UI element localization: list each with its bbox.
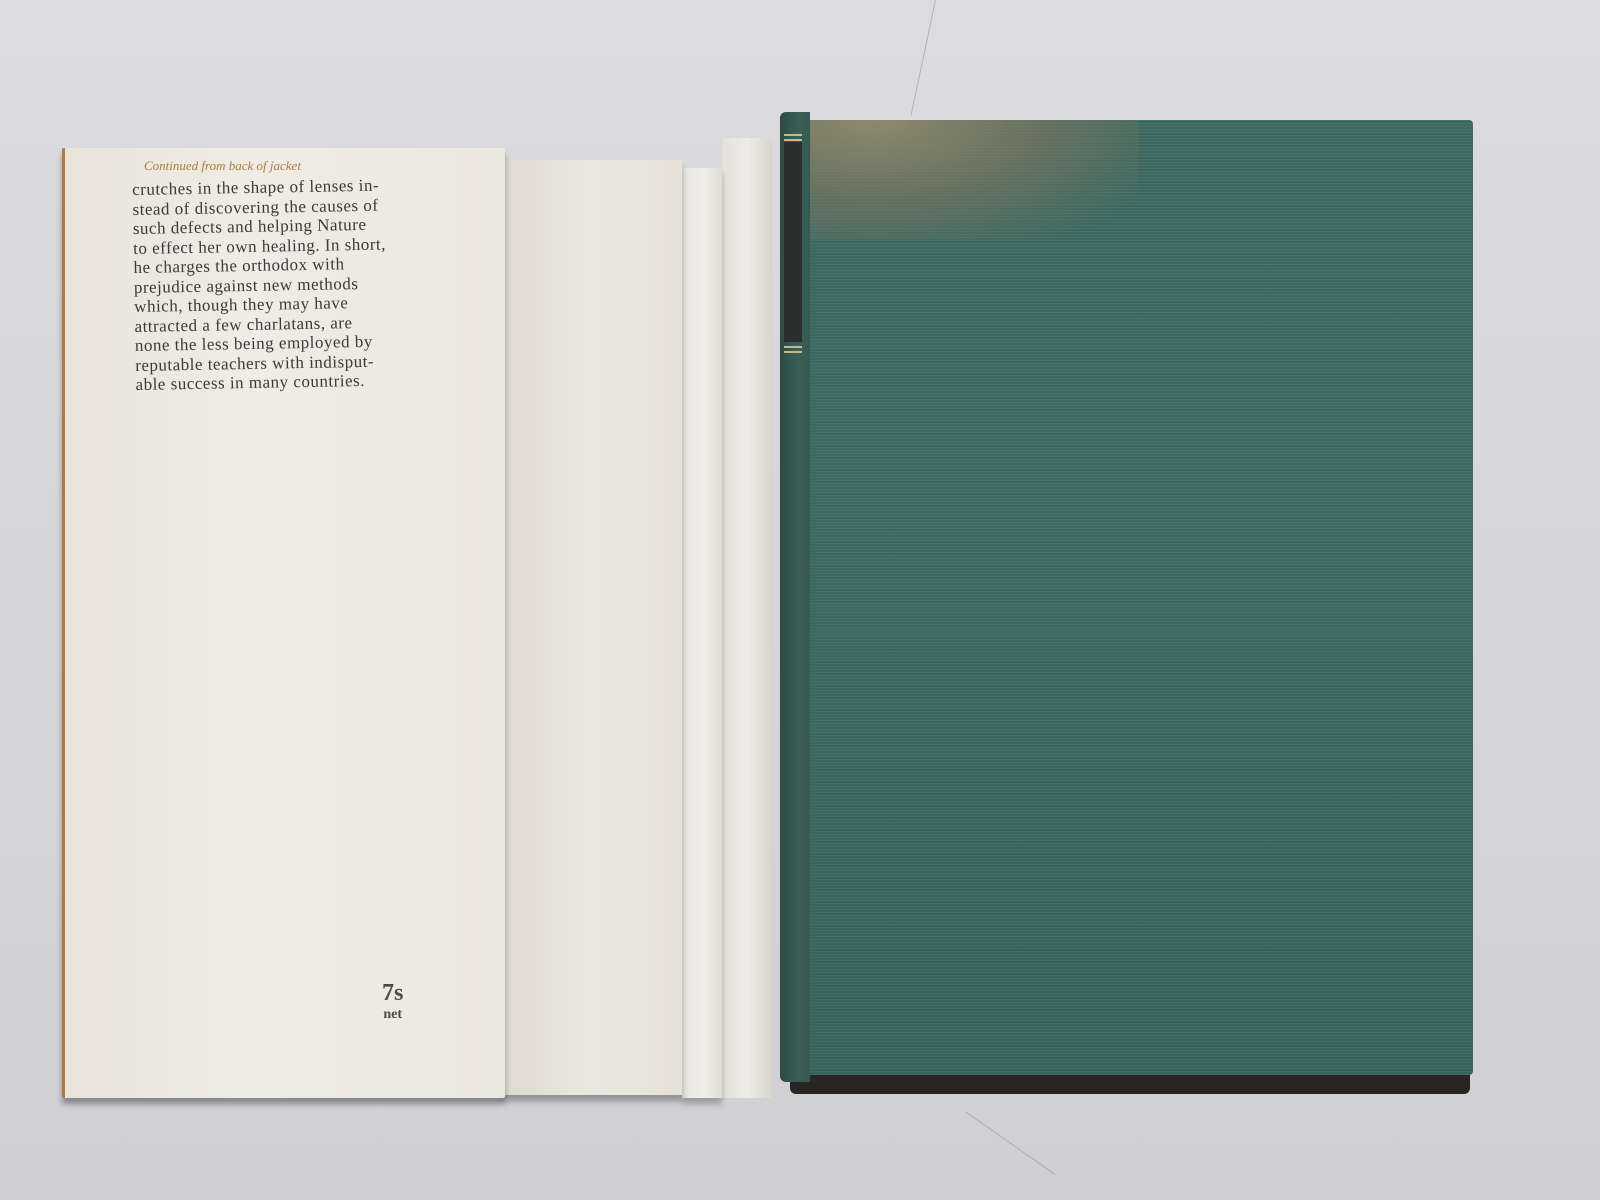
gilt-rule: [784, 346, 802, 348]
jacket-spine-fold: [682, 168, 722, 1098]
jacket-inner-panel: [502, 160, 682, 1095]
sun-fade-mark: [808, 120, 1138, 240]
spine-title-label: [784, 142, 802, 342]
hardback-book: [780, 112, 1480, 1102]
floor-crack: [965, 1111, 1056, 1175]
book-cover: [808, 120, 1473, 1075]
gilt-rule: [784, 351, 802, 353]
gilt-rule: [784, 139, 802, 141]
dust-jacket: Continued from back of jacket crutches i…: [62, 128, 742, 1103]
jacket-fold: [722, 138, 772, 1098]
flap-header: Continued from back of jacket: [144, 158, 504, 174]
book-spine: [780, 112, 810, 1082]
price-note: net: [382, 1007, 403, 1023]
flap-text-block: Continued from back of jacket crutches i…: [132, 158, 504, 395]
flap-body: crutches in the shape of lenses in- stea…: [132, 174, 508, 395]
price-label: 7s net: [382, 980, 403, 1023]
gilt-rule: [784, 134, 802, 136]
price-amount: 7s: [382, 980, 403, 1007]
floor-crack: [910, 0, 936, 116]
